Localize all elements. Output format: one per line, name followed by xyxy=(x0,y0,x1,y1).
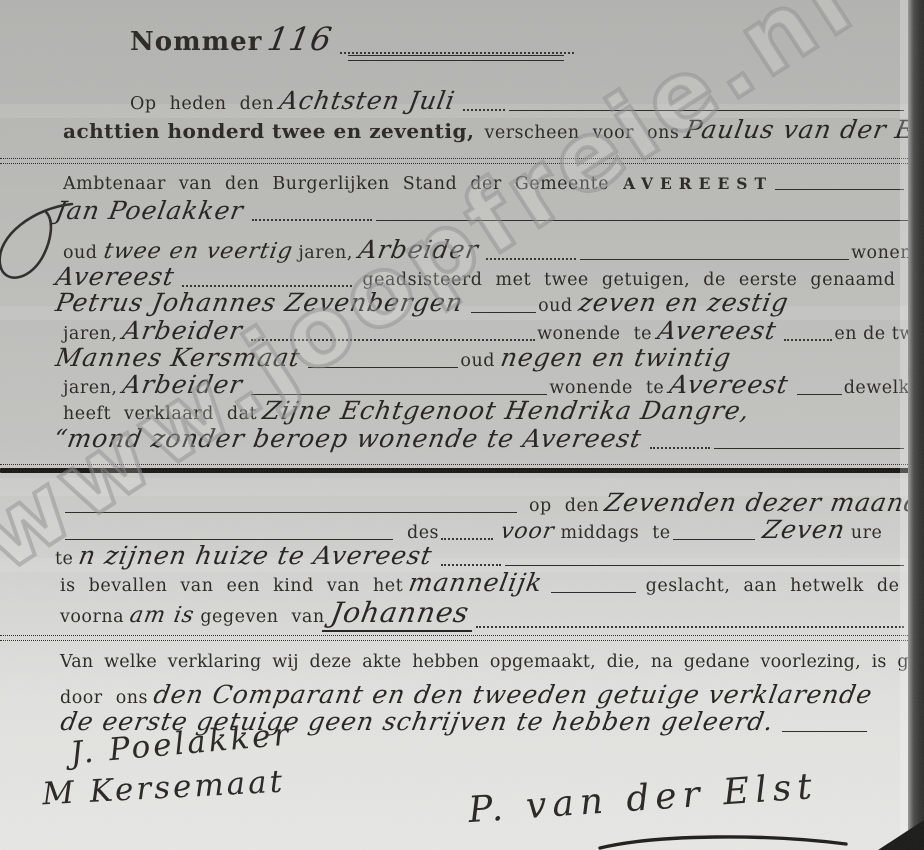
nommer-label: Nommer xyxy=(130,27,262,57)
record-number-row: Nommer 116 xyxy=(130,20,576,58)
jaren-label: jaren, xyxy=(298,243,352,263)
birth-record-scan: Nommer 116 Op heden den Achtsten Juli ac… xyxy=(0,0,924,850)
right-edge-scan-border xyxy=(908,0,924,850)
hour-handwritten: Zeven xyxy=(754,515,853,544)
form-line xyxy=(441,564,501,566)
child-gender-row: is bevallen van een kind van het manneli… xyxy=(60,568,924,597)
declaration-row: heeft verklaard dat Zijne Echtgenoot Hen… xyxy=(63,396,924,425)
declarant-name-row: Jan Poelakker xyxy=(50,196,912,225)
closing-handwritten-1: den Comparant en den tweeden getuige ver… xyxy=(145,680,881,709)
child-name-handwritten: Johannes xyxy=(321,596,477,632)
declarant-occupation-handwritten: Arbeider xyxy=(350,235,487,264)
declarant-age-row: oud twee en veertig jaren, Arbeider wone… xyxy=(63,235,924,264)
declarant-age-handwritten: twee en veertig xyxy=(95,239,300,264)
verscheen-label: verscheen voor ons xyxy=(484,123,679,143)
form-line xyxy=(308,367,458,368)
gegeven-van-label: gegeven van xyxy=(200,607,324,627)
form-line xyxy=(486,258,576,260)
form-line xyxy=(650,447,710,449)
witness1-name-handwritten: Petrus Johannes Zevenbergen xyxy=(47,288,471,317)
nommer-value-handwritten: 116 xyxy=(259,20,342,58)
form-line xyxy=(775,189,904,190)
op-heden-label: Op heden den xyxy=(130,94,274,114)
form-line xyxy=(376,220,910,221)
date-row: Op heden den Achtsten Juli xyxy=(130,86,906,115)
form-line xyxy=(65,539,393,540)
closing-line1-row: Van welke verklaring wij deze akte hebbe… xyxy=(60,652,906,672)
form-line xyxy=(797,394,842,395)
ambtenaar-label: Ambtenaar van den Burgerlijken Stand der… xyxy=(63,174,609,194)
witness1-name-row: Petrus Johannes Zevenbergen oud zeven en… xyxy=(50,288,924,317)
middags-te-label: middags te xyxy=(560,523,670,543)
form-line xyxy=(340,52,574,54)
jaren-label: jaren, xyxy=(63,378,117,398)
geslacht-label: geslacht, aan hetwelk de xyxy=(646,576,900,596)
ink-stroke-bottom xyxy=(598,834,848,850)
voorna-label: voorna xyxy=(60,607,124,627)
double-rule xyxy=(348,55,564,61)
signature-official: P. van der Elst xyxy=(467,766,819,831)
date-handwritten: Achtsten Juli xyxy=(271,86,463,115)
witness1-residence-handwritten: Avereest xyxy=(649,316,785,345)
heavy-rule xyxy=(0,464,924,474)
form-line xyxy=(251,394,547,395)
birth-place-handwritten: n zijnen huize te Avereest xyxy=(71,541,441,570)
birth-day-handwritten: Zevenden dezer maand xyxy=(597,488,924,517)
gender-handwritten: mannelijk xyxy=(401,568,552,597)
scan-edge-highlight xyxy=(900,0,908,850)
ure-label: ure xyxy=(851,523,883,543)
birth-day-row: op den Zevenden dezer maand xyxy=(63,488,924,517)
mother-continued-handwritten: “mond zonder beroep wonende te Avereest xyxy=(45,424,650,453)
form-line xyxy=(782,731,867,732)
witness2-detail-row: jaren, Arbeider wonende te Avereest dewe… xyxy=(63,370,924,399)
closing-line1: Van welke verklaring wij deze akte hebbe… xyxy=(60,652,924,672)
form-line xyxy=(551,592,636,593)
oud-label: oud xyxy=(538,296,573,316)
closing-line2-row: door ons den Comparant en den tweeden ge… xyxy=(60,680,906,709)
ink-flourish xyxy=(0,198,79,293)
year-official-row: achttien honderd twee en zeventig, versc… xyxy=(63,115,924,144)
form-line xyxy=(509,110,904,111)
section-divider xyxy=(0,158,924,164)
form-line xyxy=(182,285,352,287)
door-ons-label: door ons xyxy=(60,688,148,708)
witness1-occupation-handwritten: Arbeider xyxy=(115,316,252,345)
geadsisteerd-label: geadsisteerd met twee getuigen, de eerst… xyxy=(362,270,895,290)
witness1-age-handwritten: zeven en zestig xyxy=(570,288,797,317)
witness2-name-handwritten: Mannes Kersmaat xyxy=(47,343,309,372)
heavy-rule-bar xyxy=(0,468,924,473)
witness1-detail-row: jaren, Arbeider wonende te Avereest en d… xyxy=(63,316,924,345)
is-bevallen-label: is bevallen van een kind van het xyxy=(60,576,403,596)
official-name-handwritten: Paulus van der Elst xyxy=(677,115,924,144)
wonende-te-label: wonende te xyxy=(537,324,652,344)
form-line xyxy=(476,626,904,628)
form-line xyxy=(673,539,755,540)
witness2-age-handwritten: negen en twintig xyxy=(492,343,739,372)
heeft-verklaard-label: heeft verklaard dat xyxy=(63,404,257,424)
birth-time-row: des voor middags te Zeven ure xyxy=(63,515,924,544)
form-line xyxy=(714,448,904,449)
witness2-name-row: Mannes Kersmaat oud negen en twintig xyxy=(50,343,924,372)
ambtenaar-row: Ambtenaar van den Burgerlijken Stand der… xyxy=(63,174,906,194)
mother-name-handwritten: Zijne Echtgenoot Hendrika Dangre, xyxy=(254,396,758,425)
form-line xyxy=(505,565,904,566)
op-den-label: op den xyxy=(529,496,599,516)
gemeente-name: AVEREEST xyxy=(623,174,773,193)
section-divider xyxy=(0,635,924,641)
child-name-row: voorna am is gegeven van Johannes xyxy=(60,596,906,632)
form-line xyxy=(65,512,517,513)
witness2-occupation-handwritten: Arbeider xyxy=(115,370,252,399)
jaren-label: jaren, xyxy=(63,324,117,344)
form-line xyxy=(463,109,505,111)
form-line xyxy=(471,312,536,313)
declarant-residence-row: Avereest geadsisteerd met twee getuigen,… xyxy=(50,262,924,291)
form-line xyxy=(251,339,535,341)
birth-place-row: te n zijnen huize te Avereest xyxy=(55,541,906,570)
mother-continued-row: “mond zonder beroep wonende te Avereest xyxy=(48,424,906,453)
year-label: achttien honderd twee en zeventig, xyxy=(63,119,474,143)
oud-label: oud xyxy=(460,351,495,371)
des-label: des xyxy=(407,523,439,543)
form-line xyxy=(441,538,493,540)
witness2-residence-handwritten: Avereest xyxy=(662,370,798,399)
wonende-te-label: wonende te xyxy=(549,378,664,398)
form-line xyxy=(252,219,372,221)
am-is-handwritten: am is xyxy=(122,603,203,628)
form-line xyxy=(784,339,832,341)
form-line xyxy=(580,259,849,260)
